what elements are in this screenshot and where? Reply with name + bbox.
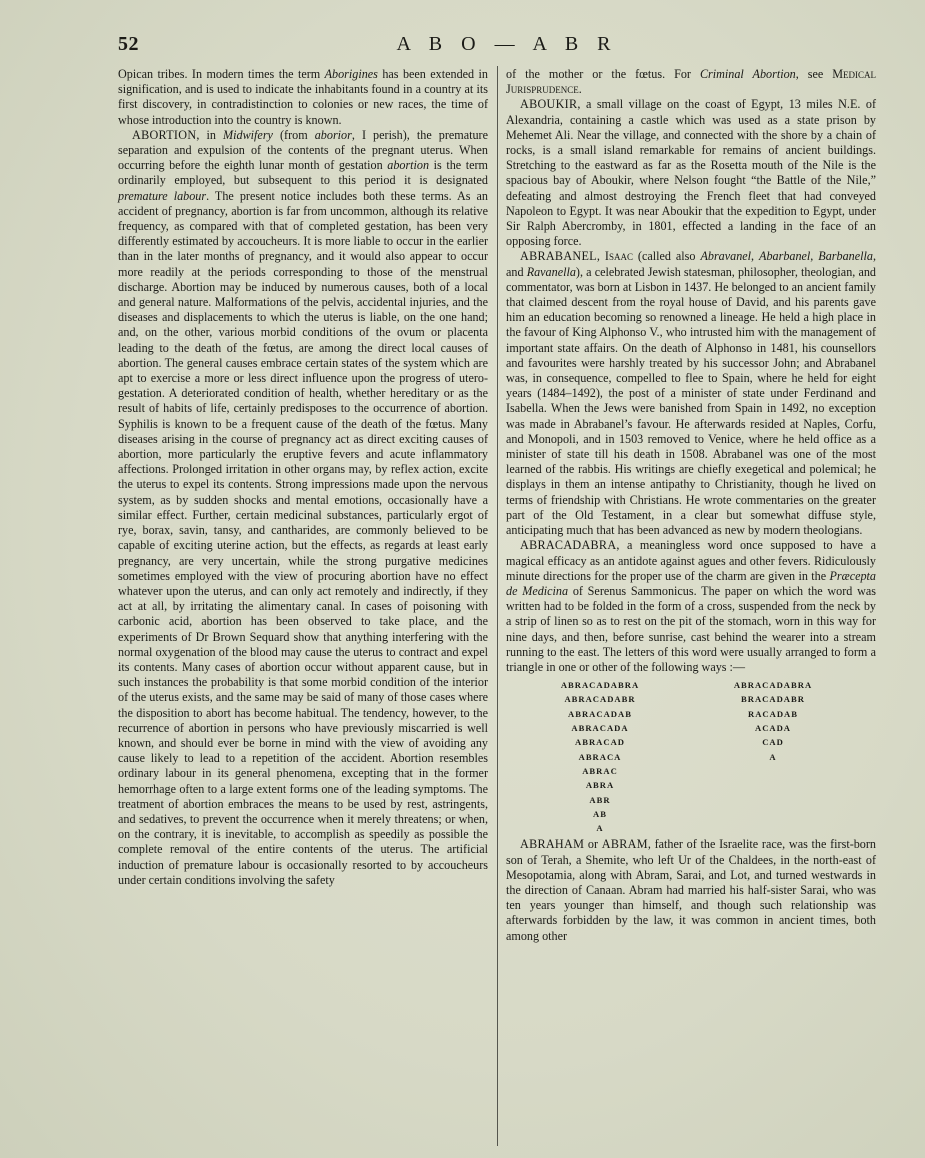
- text: , in: [196, 128, 223, 142]
- triangle-line: ABRACADA: [571, 721, 628, 735]
- triangle-line: ABRACADABR: [564, 692, 635, 706]
- alt-name: Ravanella: [527, 265, 576, 279]
- triangle-line: ABRACADABRA: [734, 678, 812, 692]
- term: premature labour: [118, 189, 206, 203]
- alt-name: Abravanel: [700, 249, 751, 263]
- triangle-line: ABRACAD: [575, 735, 625, 749]
- entry-aboukir: ABOUKIR, a small village on the coast of…: [506, 97, 876, 249]
- paragraph-aborigines-continued: Opican tribes. In modern times the term …: [118, 67, 488, 128]
- alt-name: Abarbanel: [759, 249, 810, 263]
- running-head: A B O — A B R: [118, 33, 896, 56]
- entry-body: , father of the Israelite race, was the …: [506, 837, 876, 942]
- left-column: Opican tribes. In modern times the term …: [118, 67, 488, 888]
- italic-term: Aborigines: [325, 67, 378, 81]
- paragraph-abortion-continued: of the mother or the fœtus. For Criminal…: [506, 67, 876, 97]
- column-divider: [497, 66, 498, 1146]
- triangle-line: RACADAB: [748, 707, 798, 721]
- triangle-line: ACADA: [755, 721, 791, 735]
- triangle-line: ABRA: [586, 778, 614, 792]
- triangle-right: ABRACADABRA BRACADABR RACADAB ACADA CAD …: [698, 678, 848, 835]
- triangle-line: BRACADABR: [741, 692, 805, 706]
- italic-term: Criminal Abortion: [700, 67, 796, 81]
- triangle-line: ABRAC: [582, 764, 618, 778]
- entry-abracadabra: ABRACADABRA, a meaningless word once sup…: [506, 538, 876, 675]
- text: (from: [273, 128, 315, 142]
- triangle-line: ABRACADAB: [568, 707, 632, 721]
- triangle-left: ABRACADABRA ABRACADABR ABRACADAB ABRACAD…: [520, 678, 680, 835]
- triangle-line: A: [596, 821, 603, 835]
- text: , see: [796, 67, 832, 81]
- triangle-line: ABRACADABRA: [561, 678, 639, 692]
- triangle-line: A: [769, 750, 776, 764]
- text: ,: [751, 249, 759, 263]
- triangle-line: CAD: [762, 735, 784, 749]
- triangle-line: AB: [593, 807, 607, 821]
- alt-name: Barbanella: [818, 249, 873, 263]
- headword: ABRACADABRA: [520, 538, 616, 552]
- text: of the mother or the fœtus. For: [506, 67, 700, 81]
- headword: ABOUKIR: [520, 97, 577, 111]
- headword: ABORTION: [132, 128, 196, 142]
- abracadabra-triangles: ABRACADABRA ABRACADABR ABRACADAB ABRACAD…: [506, 678, 876, 835]
- entry-body: , a small village on the coast of Egypt,…: [506, 97, 876, 248]
- entry-body: ), a celebrated Jewish statesman, philos…: [506, 265, 876, 537]
- forename: Isaac: [605, 249, 633, 263]
- triangle-line: ABRACA: [579, 750, 622, 764]
- term: abortion: [387, 158, 429, 172]
- triangle-line: ABR: [589, 793, 610, 807]
- scanned-page: 52 A B O — A B R Opican tribes. In moder…: [0, 0, 925, 1158]
- entry-abraham: ABRAHAM or ABRAM, father of the Israelit…: [506, 837, 876, 943]
- entry-body: . The present notice includes both these…: [118, 189, 488, 887]
- text: (called also: [633, 249, 700, 263]
- headword: ABRAHAM: [520, 837, 584, 851]
- headword-alt: ABRAM: [602, 837, 648, 851]
- text: .: [579, 82, 582, 96]
- entry-abrabanel: ABRABANEL, Isaac (called also Abravanel,…: [506, 249, 876, 538]
- headword: ABRABANEL: [520, 249, 597, 263]
- text: or: [584, 837, 602, 851]
- field-label: Midwifery: [223, 128, 273, 142]
- etymology: aborior: [315, 128, 352, 142]
- right-column: of the mother or the fœtus. For Criminal…: [506, 67, 876, 944]
- page-header: 52 A B O — A B R: [118, 33, 896, 59]
- text: Opican tribes. In modern times the term: [118, 67, 325, 81]
- entry-abortion: ABORTION, in Midwifery (from aborior, I …: [118, 128, 488, 888]
